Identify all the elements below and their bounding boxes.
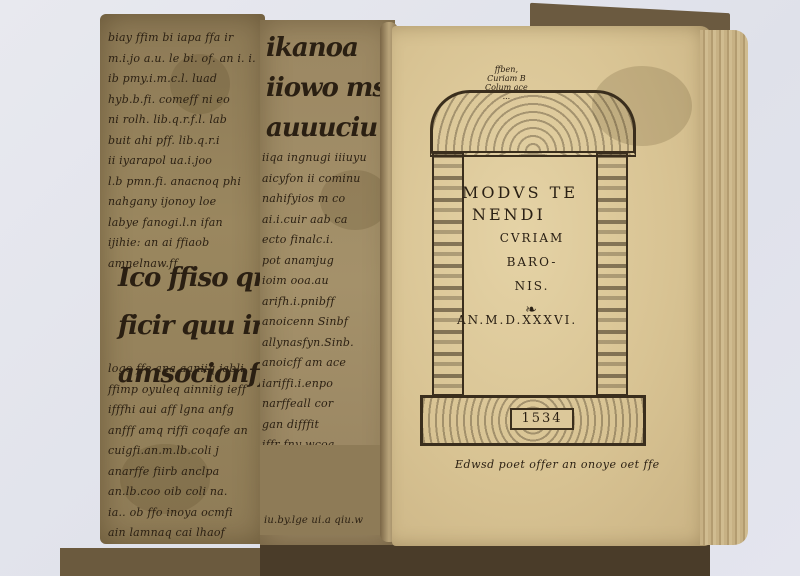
ms-large-line: auuuciu [266,108,386,148]
cartouche-year: 1534 [510,408,574,430]
ms-line: anarffe fiirb anclpa [108,462,248,483]
ms-line: anoicenn Sinbf [262,312,367,333]
ms-line: an.lb.coo oib coli na. [108,482,248,503]
ms-line: ifffhi aui aff lgna anfg [108,400,248,421]
title-line: NENDI [462,204,602,226]
ms-line: iiqa ingnugi iiiuyu [262,148,367,169]
title-line: NIS. [462,274,602,298]
ms-line: ioim ooa.au [262,271,367,292]
book-photograph: biay ffim bi iapa ffa ir m.i.jo a.u. le … [0,0,800,576]
ms-large-line: iiowo ms [266,68,386,108]
manuscript-leaf-left: biay ffim bi iapa ffa ir m.i.jo a.u. le … [100,14,265,544]
ms-line: nahgany ijonoy loe [108,192,256,213]
ms-line: hyb.b.fi. comeff ni eo [108,90,256,111]
woodcut-column-left [432,152,464,396]
ms-line: aicyfon ii cominu [262,169,367,190]
ms-large-line: Ico ffiso qruo [118,254,265,302]
ms-large-line: ikanoa [266,28,386,68]
ms-footer-line: iu.by.lge ui.a qiu.w [264,515,363,526]
manuscript-leaf-middle: ikanoa iiowo ms auuuciu iiqa ingnugi iii… [260,20,395,545]
ms-line: ia.. ob ffo inoya ocmfi [108,503,248,524]
ms-line: nahifyios m co [262,189,367,210]
ms-line: gan difffit [262,415,367,436]
ms-line: arifh.i.pnibff [262,292,367,313]
manuscript-middle-heading: ikanoa iiowo ms auuuciu [266,28,386,148]
manuscript-left-text: biay ffim bi iapa ffa ir m.i.jo a.u. le … [108,28,256,274]
inscription-line: Curiam B [485,74,528,83]
ms-line: ai.i.cuir aab ca [262,210,367,231]
ms-line: labye fanogi.l.n ifan [108,213,256,234]
ms-line: pot anamjug [262,251,367,272]
ms-large-line: ficir quu iri [118,302,265,350]
page-block-edge [700,30,748,545]
ms-line: ecto finalc.i. [262,230,367,251]
inscription-line: ffben, [485,65,528,74]
ms-line: ib pmy.i.m.c.l. luad [108,69,256,90]
title-line: MODVS TE [462,182,602,204]
book-title: MODVS TE NENDI CVRIAM BARO- NIS. ❧ [462,182,602,322]
woodcut-pediment [430,90,636,157]
ms-line: logo ffe ana aaniiq jabli [108,359,248,380]
ms-line: ain lamnaq cai lhaof [108,523,248,544]
manuscript-middle-text: iiqa ingnugi iiiuyu aicyfon ii cominu na… [262,148,367,456]
ms-line: cuigfi.an.m.lb.coli j [108,441,248,462]
ms-line: buit ahi pff. lib.q.r.i [108,131,256,152]
ms-line: ffimp oyuleq ainniig ieff [108,380,248,401]
ms-line: allynasfyn.Sinb. [262,333,367,354]
ms-line: m.i.jo a.u. le bi. of. an i. i. [108,49,256,70]
manuscript-left-lower-text: logo ffe ana aaniiq jabli ffimp oyuleq a… [108,359,248,544]
ms-line: narffeall cor [262,394,367,415]
imprint-date: AN.M.D.XXXVI. [457,313,577,327]
ms-line: anoicff am ace [262,353,367,374]
ms-line: biay ffim bi iapa ffa ir [108,28,256,49]
title-line: BARO- [462,250,602,274]
ms-line: l.b pmn.fi. anacnoq phi [108,172,256,193]
ms-line: ni rolh. lib.q.r.f.l. lab [108,110,256,131]
ms-line: ijihie: an ai ffiaob [108,233,256,254]
ms-line: anfff amq riffi coqafe an [108,421,248,442]
ms-line: ii iyarapol ua.i.joo [108,151,256,172]
handwritten-note: Edwsd poet offer an onoye oet ffe [455,458,660,471]
title-line: CVRIAM [462,226,602,250]
ms-line: iariffi.i.enpo [262,374,367,395]
